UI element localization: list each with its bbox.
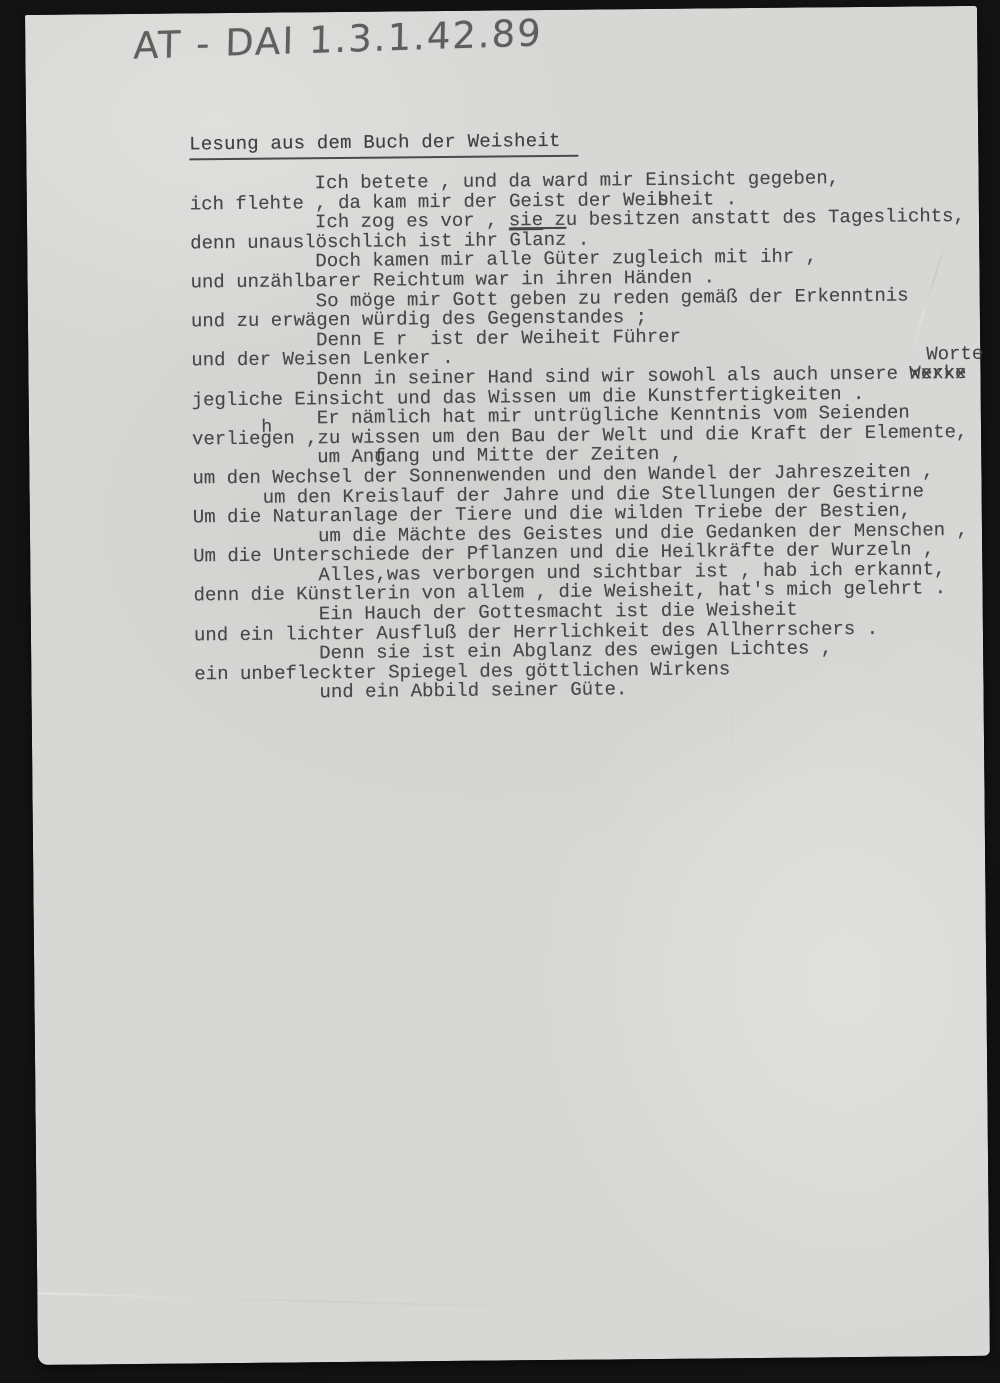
document-page: AT - DAI 1.3.1.42.89 Lesung aus dem Buch… xyxy=(25,6,990,1365)
archive-reference-handwritten: AT - DAI 1.3.1.42.89 xyxy=(133,11,543,67)
scan-image: { "annotation": { "reference": "AT - DAI… xyxy=(0,0,1000,1383)
paper-crease xyxy=(37,1292,597,1310)
overstruck-word: Wxexrxkxex xyxy=(909,362,966,385)
document-body: Ich betete , und da ward mir Einsicht ge… xyxy=(190,168,991,705)
document-title: Lesung aus dem Buch der Weisheit xyxy=(189,130,579,161)
